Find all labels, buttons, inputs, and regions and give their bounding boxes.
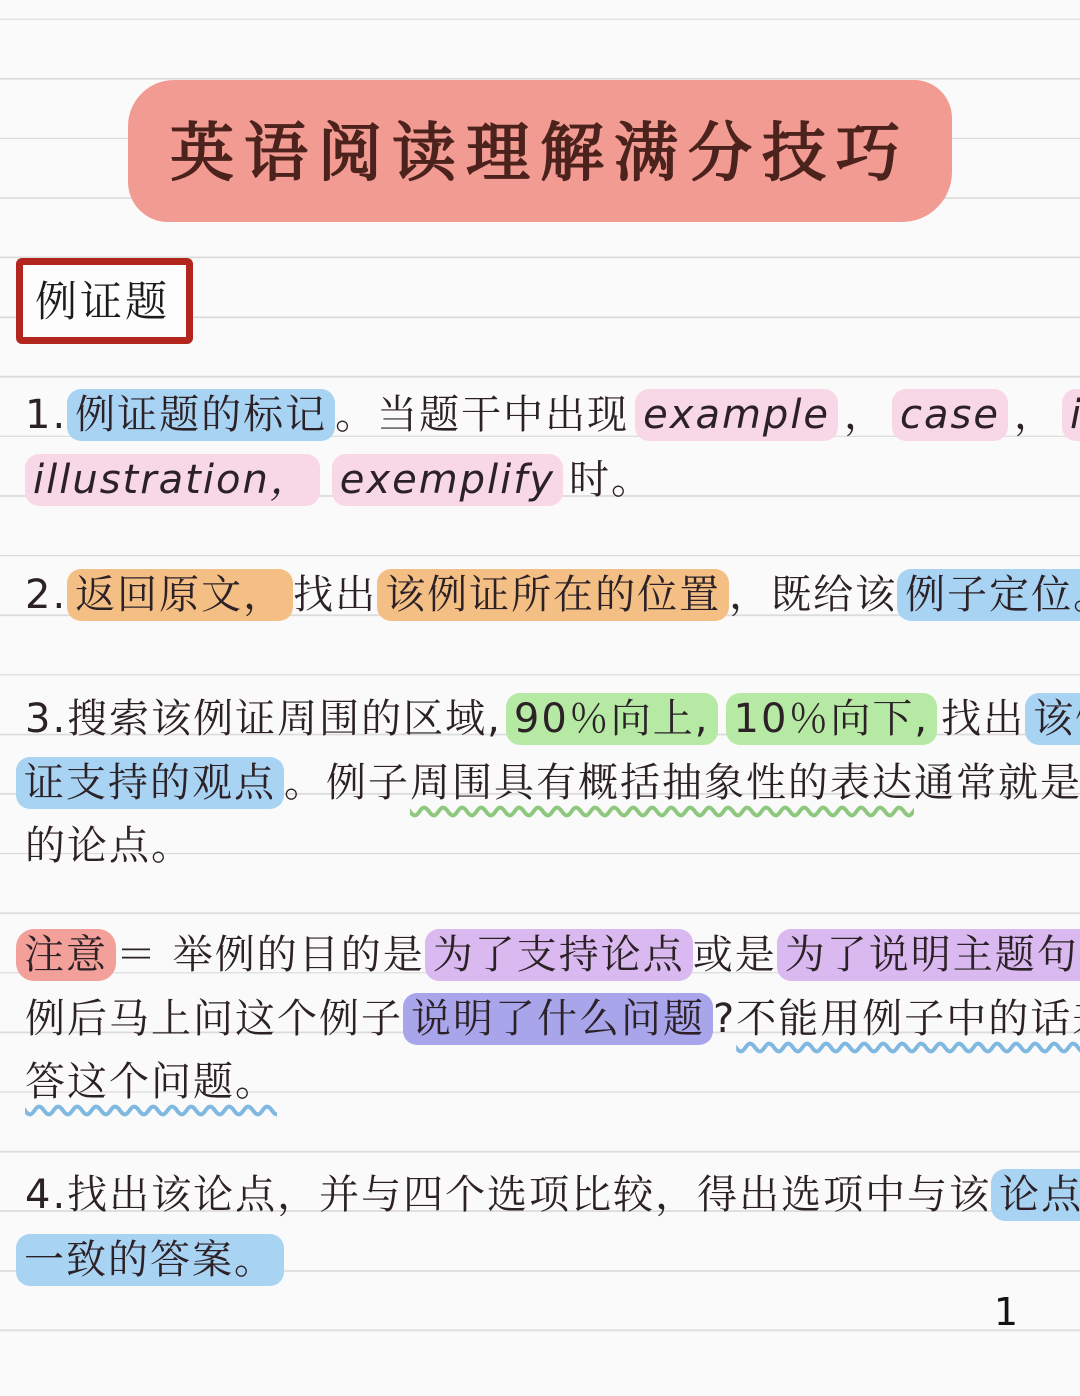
highlight-orange: 该例证所在的位置: [377, 569, 729, 621]
highlight-green: 90％向上,: [506, 693, 718, 745]
point-number: 1.: [25, 392, 67, 438]
plain-text: ，: [1014, 392, 1056, 438]
note-line-2: 例后马上问这个例子说明了什么问题?不能用例子中的话来回: [25, 990, 1060, 1048]
highlight-blue: 该例: [1025, 693, 1080, 745]
plain-text: 时。: [569, 457, 653, 503]
point-3-line-3: 的论点。: [25, 817, 1060, 875]
plain-text: 的论点。: [25, 823, 193, 869]
highlight-blue: 例证题的标记: [67, 389, 335, 441]
plain-text: ，既给该: [729, 572, 897, 618]
highlight-blue: 例子定位。: [897, 569, 1080, 621]
plain-text: 找出: [293, 572, 377, 618]
highlight-blue: 证支持的观点: [16, 757, 284, 809]
page-header: 英语阅读理解满分技巧: [0, 80, 1080, 222]
highlight-pink-keyword: case: [892, 389, 1008, 441]
page-title: 英语阅读理解满分技巧: [128, 80, 952, 222]
plain-text: 例后马上问这个例子: [25, 996, 403, 1042]
note-line-3: 答这个问题。: [25, 1053, 1060, 1111]
point-1-line-2: illustration，exemplify时。: [25, 451, 1060, 509]
plain-text: ，: [844, 392, 886, 438]
plain-text: ＝ 举例的目的是: [116, 932, 425, 978]
page-number: 1: [994, 1290, 1018, 1334]
point-4-line-1: 4.找出该论点，并与四个选项比较，得出选项中与该论点最: [25, 1166, 1060, 1224]
highlight-purple: 为了支持论点: [425, 929, 693, 981]
highlight-blue: 一致的答案。: [16, 1234, 284, 1286]
highlight-pink-keyword: illustrate: [1062, 389, 1080, 441]
point-number: 2.: [25, 572, 67, 618]
section-label-box: 例证题: [16, 258, 193, 344]
highlight-salmon-note-label: 注意: [16, 929, 116, 981]
blue-wavy-underlined-text: 不能用例子中的话来回: [736, 996, 1080, 1042]
plain-text: 。例子: [284, 760, 410, 806]
plain-text: 或是: [693, 932, 777, 978]
highlight-periwinkle: 说明了什么问题: [403, 993, 713, 1045]
point-3-line-2: 证支持的观点。例子周围具有概括抽象性的表达通常就是它: [16, 754, 1060, 812]
highlight-blue: 论点最: [991, 1169, 1080, 1221]
green-wavy-underlined-text: 周围具有概括抽象性的表达: [410, 760, 914, 806]
blue-wavy-underlined-text: 答这个问题。: [25, 1059, 277, 1105]
plain-text: 4.找出该论点，并与四个选项比较，得出选项中与该: [25, 1172, 991, 1218]
point-1-line-1: 1.例证题的标记。当题干中出现example，case，illustrate，: [25, 386, 1060, 444]
highlight-pink-keyword: illustration，: [25, 454, 320, 506]
plain-text: 通常就是它: [914, 760, 1080, 806]
plain-text: ?: [713, 996, 736, 1042]
point-3-line-1: 3.搜索该例证周围的区域,90％向上,10％向下,找出该例: [25, 690, 1060, 748]
section-label: 例证题: [35, 277, 170, 326]
point-2-line-1: 2.返回原文，找出该例证所在的位置，既给该例子定位。: [25, 566, 1060, 624]
plain-text: 找出: [941, 696, 1025, 742]
plain-text: 。当题干中出现: [335, 392, 629, 438]
note-line-1: 注意＝ 举例的目的是为了支持论点或是为了说明主题句。 举: [16, 926, 1060, 984]
highlight-orange: 返回原文，: [67, 569, 293, 621]
plain-text: 3.搜索该例证周围的区域,: [25, 696, 502, 742]
point-4-line-2: 一致的答案。: [16, 1231, 1060, 1289]
highlight-purple: 为了说明主题句。: [777, 929, 1080, 981]
highlight-pink-keyword: example: [635, 389, 838, 441]
highlight-pink-keyword: exemplify: [332, 454, 563, 506]
highlight-green: 10％向下,: [726, 693, 938, 745]
